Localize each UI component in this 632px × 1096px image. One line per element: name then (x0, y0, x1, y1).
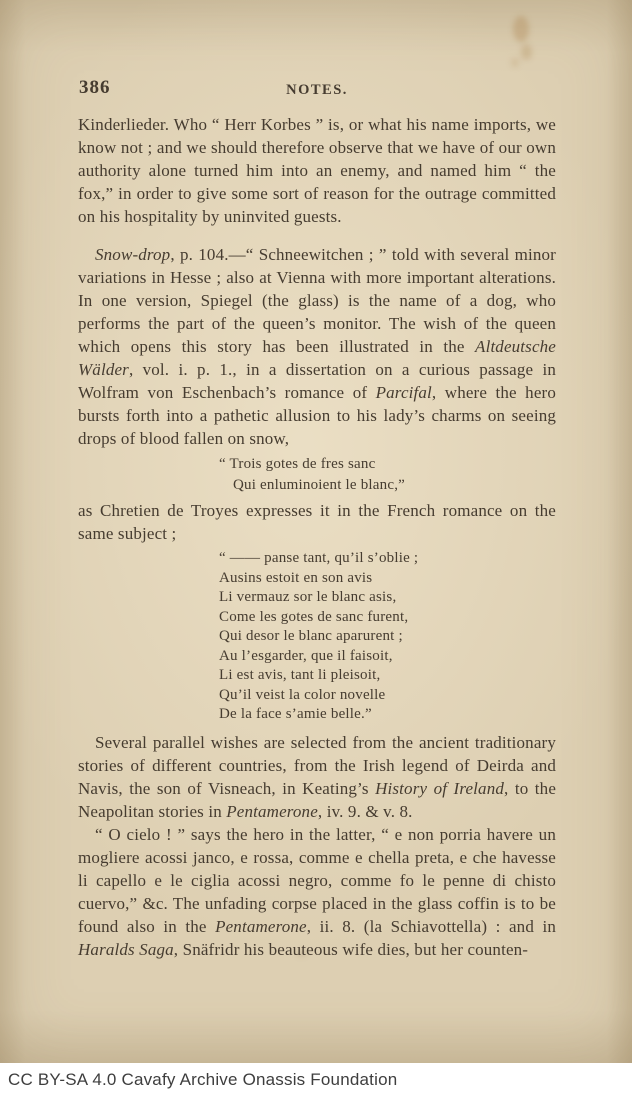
verse-line: “ —— panse tant, qu’il s’oblie ; (219, 549, 556, 569)
verse-line: Qui enluminoient le blanc,” (233, 475, 556, 496)
verse-line: Au l’esgarder, que il faisoit, (219, 647, 556, 667)
book-page-scan: 386 NOTES. Kinderlieder. Who “ Herr Korb… (0, 0, 632, 1063)
foxing-stain (511, 58, 519, 67)
page-number: 386 (79, 76, 111, 99)
verse-line: Li vermauz sor le blanc asis, (219, 588, 556, 608)
verse-line: Ausins estoit en son avis (219, 569, 556, 589)
foxing-stain (513, 16, 529, 42)
paragraph-several-wishes: Several parallel wishes are selected fro… (78, 731, 556, 823)
license-text: CC BY-SA 4.0 Cavafy Archive Onassis Foun… (8, 1070, 397, 1090)
verse-line: De la face s’amie belle.” (219, 705, 556, 725)
verse-quote-couplet: “ Trois gotes de fres sancQui enluminoie… (219, 454, 556, 495)
page-header: 386 NOTES. (78, 76, 556, 98)
verse-quote-romance: “ —— panse tant, qu’il s’oblie ;Ausins e… (219, 549, 556, 725)
paragraph-kinderlieder: Kinderlieder. Who “ Herr Korbes ” is, or… (78, 113, 556, 228)
verse-line: Come les gotes de sanc furent, (219, 608, 556, 628)
verse-line: “ Trois gotes de fres sanc (219, 454, 556, 475)
paragraph-o-cielo: “ O cielo ! ” says the hero in the latte… (78, 823, 556, 961)
verse-line: Qui desor le blanc aparurent ; (219, 627, 556, 647)
verse-line: Li est avis, tant li pleisoit, (219, 666, 556, 686)
verse-line: Qu’il veist la color novelle (219, 686, 556, 706)
foxing-stain (521, 44, 532, 60)
paragraph-snowdrop: Snow-drop, p. 104.—“ Schneewitchen ; ” t… (78, 243, 556, 450)
running-head: NOTES. (286, 79, 348, 102)
license-bar: CC BY-SA 4.0 Cavafy Archive Onassis Foun… (0, 1063, 632, 1096)
text-column: 386 NOTES. Kinderlieder. Who “ Herr Korb… (78, 76, 556, 961)
paragraph-chretien: as Chretien de Troyes expresses it in th… (78, 499, 556, 545)
